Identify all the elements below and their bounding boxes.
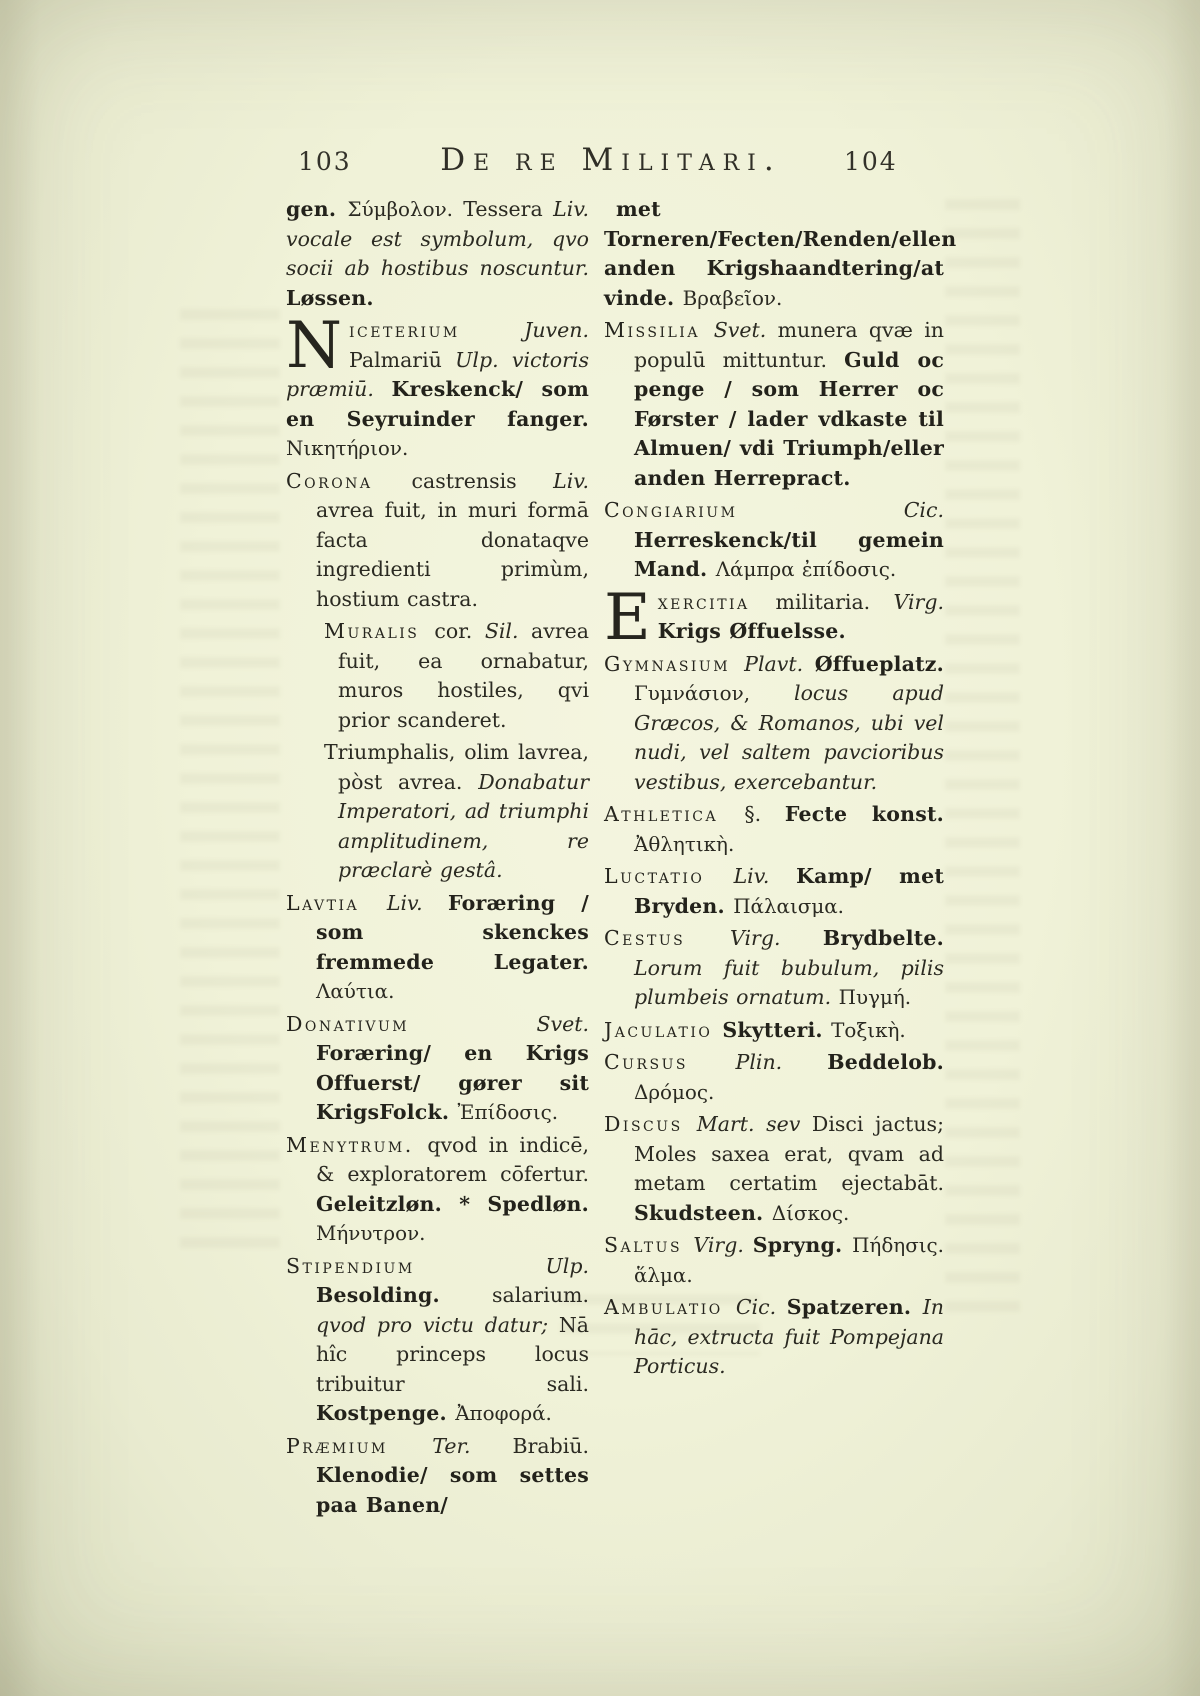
text-segment-headword: Donativum	[286, 1012, 536, 1036]
text-segment-headword: Saltus	[604, 1233, 693, 1257]
left-column: gen. Σύμβολον. Tessera Liv. vocale est s…	[286, 195, 589, 1523]
text-segment-greek: Πυγμή.	[839, 986, 911, 1009]
text-segment-headword: Discus	[604, 1112, 697, 1136]
text-segment-headword: xercitia	[658, 590, 776, 614]
text-segment-headword: Cestus	[604, 926, 730, 950]
text-segment-roman: Tessera	[463, 197, 553, 221]
text-segment-fraktur: Skudsteen.	[634, 1201, 772, 1225]
text-segment-italic: Ter.	[432, 1434, 512, 1458]
drop-cap-initial: E	[604, 588, 658, 643]
entry-missilia: Missilia Svet. munera qvæ in populū mitt…	[604, 316, 944, 493]
text-segment-fraktur: Brydbelte.	[823, 926, 944, 950]
two-column-body: gen. Σύμβολον. Tessera Liv. vocale est s…	[286, 195, 944, 1523]
entry-praemium: Præmium Ter. Brabiū. Klenodie/ som sette…	[286, 1432, 589, 1521]
text-segment-italic: Liv.	[734, 864, 797, 888]
entry-praemium-continuation: met Torneren/Fecten/Renden/ellen anden K…	[604, 195, 944, 313]
text-segment-greek: Λάμπρα ἐπίδοσις.	[716, 558, 896, 581]
text-segment-headword: Præmium	[286, 1434, 432, 1458]
bleed-through-texture	[180, 300, 280, 1260]
text-segment-greek: Δρόμος.	[634, 1081, 714, 1104]
entry-stipendium: Stipendium Ulp. Besolding. salarium. qvo…	[286, 1252, 589, 1429]
page-number-right: 104	[844, 147, 944, 176]
text-segment-italic: Svet.	[714, 318, 778, 342]
text-segment-roman: cor.	[434, 619, 484, 643]
entry-cursus: Cursus Plin. Beddelob. Δρόμος.	[604, 1048, 944, 1107]
text-segment-roman: militaria.	[776, 590, 894, 614]
text-segment-headword: Gymnasium	[604, 652, 744, 676]
entry-exercitia: Exercitia militaria. Virg. Krigs Øffuels…	[604, 588, 944, 647]
entry-luctatio: Luctatio Liv. Kamp/ met Bryden. Πάλαισμα…	[604, 862, 944, 921]
text-segment-italic: Ulp.	[546, 1254, 589, 1278]
text-segment-fraktur: Skytteri.	[722, 1018, 831, 1042]
text-segment-italic: qvod pro victu datur;	[316, 1313, 559, 1337]
page-header: 103 De re Militari. 104	[286, 142, 944, 178]
text-segment-headword: Corona	[286, 469, 412, 493]
bleed-through-texture	[945, 190, 1020, 1320]
text-segment-headword: Congiarium	[604, 498, 904, 522]
text-segment-greek: Μήνυτρον.	[316, 1222, 425, 1245]
text-segment-fraktur: gen.	[286, 197, 348, 221]
text-segment-fraktur: Geleitzløn. * Spedløn.	[316, 1192, 589, 1216]
page-number-left: 103	[286, 147, 378, 176]
text-segment-greek: Ἐπίδοσις.	[458, 1101, 559, 1124]
text-segment-greek: Πάλαισμα.	[733, 895, 844, 918]
drop-cap-initial: N	[286, 316, 349, 371]
text-segment-roman: Palmariū	[349, 348, 455, 372]
text-segment-italic: Virg.	[693, 1233, 752, 1257]
text-segment-italic: Svet.	[536, 1012, 589, 1036]
text-segment-headword: Lavtia	[286, 891, 387, 915]
entry-athletica: Athletica §. Fecte konst. Ἀθλητικὴ.	[604, 800, 944, 859]
text-segment-greek: Τοξικὴ.	[831, 1019, 906, 1042]
entry-congiarium: Congiarium Cic. Herreskenck/til gemein M…	[604, 496, 944, 585]
text-segment-headword: Missilia	[604, 318, 714, 342]
text-segment-greek: Σύμβολον.	[348, 198, 464, 221]
text-segment-fraktur: Kostpenge.	[316, 1401, 455, 1425]
text-segment-greek: Λαύτια.	[316, 980, 394, 1003]
text-segment-italic: Sil.	[485, 619, 531, 643]
text-segment-italic: Virg.	[730, 926, 823, 950]
text-segment-headword: Menytrum.	[286, 1133, 427, 1157]
text-segment-italic: Virg.	[894, 590, 944, 614]
text-segment-greek: Ἀθλητικὴ.	[634, 833, 734, 856]
text-segment-roman: salarium.	[492, 1283, 589, 1307]
entry-lavtia: Lavtia Liv. Foræring / som skenckes frem…	[286, 889, 589, 1007]
text-segment-fraktur: Øffueplatz.	[815, 652, 944, 676]
text-segment-fraktur: Klenodie/ som settes paa Banen/	[316, 1463, 589, 1517]
text-segment-headword: Athletica	[604, 802, 744, 826]
text-segment-italic: Cic.	[736, 1295, 787, 1319]
entry-jaculatio: Jaculatio Skytteri. Τοξικὴ.	[604, 1016, 944, 1046]
text-segment-italic: Plin.	[736, 1050, 828, 1074]
entry-niceterium: Niceterium Juven. Palmariū Ulp. victoris…	[286, 316, 589, 464]
entry-gymnasium: Gymnasium Plavt. Øffueplatz. Γυμνάσιον, …	[604, 650, 944, 798]
text-segment-headword: Muralis	[324, 619, 434, 643]
entry-triumphalis: Triumphalis, olim lavrea, pòst avrea. Do…	[324, 738, 589, 886]
text-segment-fraktur: Besolding.	[316, 1283, 492, 1307]
right-column: met Torneren/Fecten/Renden/ellen anden K…	[604, 195, 944, 1523]
text-segment-greek: Δίσκος.	[772, 1202, 850, 1225]
running-title: De re Militari.	[378, 142, 844, 178]
text-segment-greek: Ἀποφορά.	[455, 1402, 552, 1425]
entry-discus: Discus Mart. sev Disci jactus; Moles sax…	[604, 1110, 944, 1228]
text-segment-roman: avrea fuit, in muri formā facta donataqv…	[316, 498, 589, 611]
text-segment-italic: Liv.	[387, 891, 448, 915]
scanned-book-page: 103 De re Militari. 104 gen. Σύμβολον. T…	[0, 0, 1200, 1696]
text-segment-greek: Νικητήριον.	[286, 437, 408, 460]
text-segment-italic: Mart. sev	[697, 1112, 812, 1136]
text-segment-fraktur: Beddelob.	[827, 1050, 944, 1074]
text-segment-fraktur: Spryng.	[753, 1233, 852, 1257]
text-segment-italic: Juven.	[524, 318, 589, 342]
text-segment-italic: Liv.	[553, 469, 589, 493]
entry-symbolum-tessera-continuation: gen. Σύμβολον. Tessera Liv. vocale est s…	[286, 195, 589, 313]
text-segment-headword: Ambulatio	[604, 1295, 736, 1319]
text-segment-roman: Brabiū.	[513, 1434, 590, 1458]
text-segment-headword: Cursus	[604, 1050, 736, 1074]
text-segment-headword: Luctatio	[604, 864, 734, 888]
text-segment-italic: Cic.	[904, 498, 944, 522]
text-segment-italic: Plavt.	[744, 652, 815, 676]
text-segment-roman: §.	[744, 802, 785, 826]
text-block: 103 De re Militari. 104 gen. Σύμβολον. T…	[286, 142, 944, 1523]
entry-donativum: Donativum Svet. Foræring/ en Krigs Offue…	[286, 1010, 589, 1128]
entry-menytrum: Menytrum. qvod in indicē, & exploratorem…	[286, 1131, 589, 1249]
text-segment-greek: Γυμνάσιον,	[634, 682, 794, 705]
entry-ambulatio: Ambulatio Cic. Spatzeren. In hāc, extruc…	[604, 1293, 944, 1382]
entry-cestus: Cestus Virg. Brydbelte. Lorum fuit bubul…	[604, 924, 944, 1013]
text-segment-headword: iceterium	[349, 318, 524, 342]
text-segment-roman: castrensis	[412, 469, 554, 493]
text-segment-greek: Βραβεῖον.	[683, 287, 783, 310]
text-segment-headword: Jaculatio	[604, 1018, 722, 1042]
entry-saltus: Saltus Virg. Spryng. Πήδησις. ἅλμα.	[604, 1231, 944, 1290]
text-segment-fraktur: Spatzeren.	[787, 1295, 923, 1319]
entry-corona: Corona castrensis Liv. avrea fuit, in mu…	[286, 467, 589, 615]
text-segment-fraktur: Løssen.	[286, 286, 374, 310]
entry-muralis: Muralis cor. Sil. avrea fuit, ea ornabat…	[324, 617, 589, 735]
text-segment-headword: Stipendium	[286, 1254, 546, 1278]
text-segment-fraktur: Krigs Øffuelsse.	[658, 619, 846, 643]
text-segment-fraktur: Fecte konst.	[785, 802, 944, 826]
